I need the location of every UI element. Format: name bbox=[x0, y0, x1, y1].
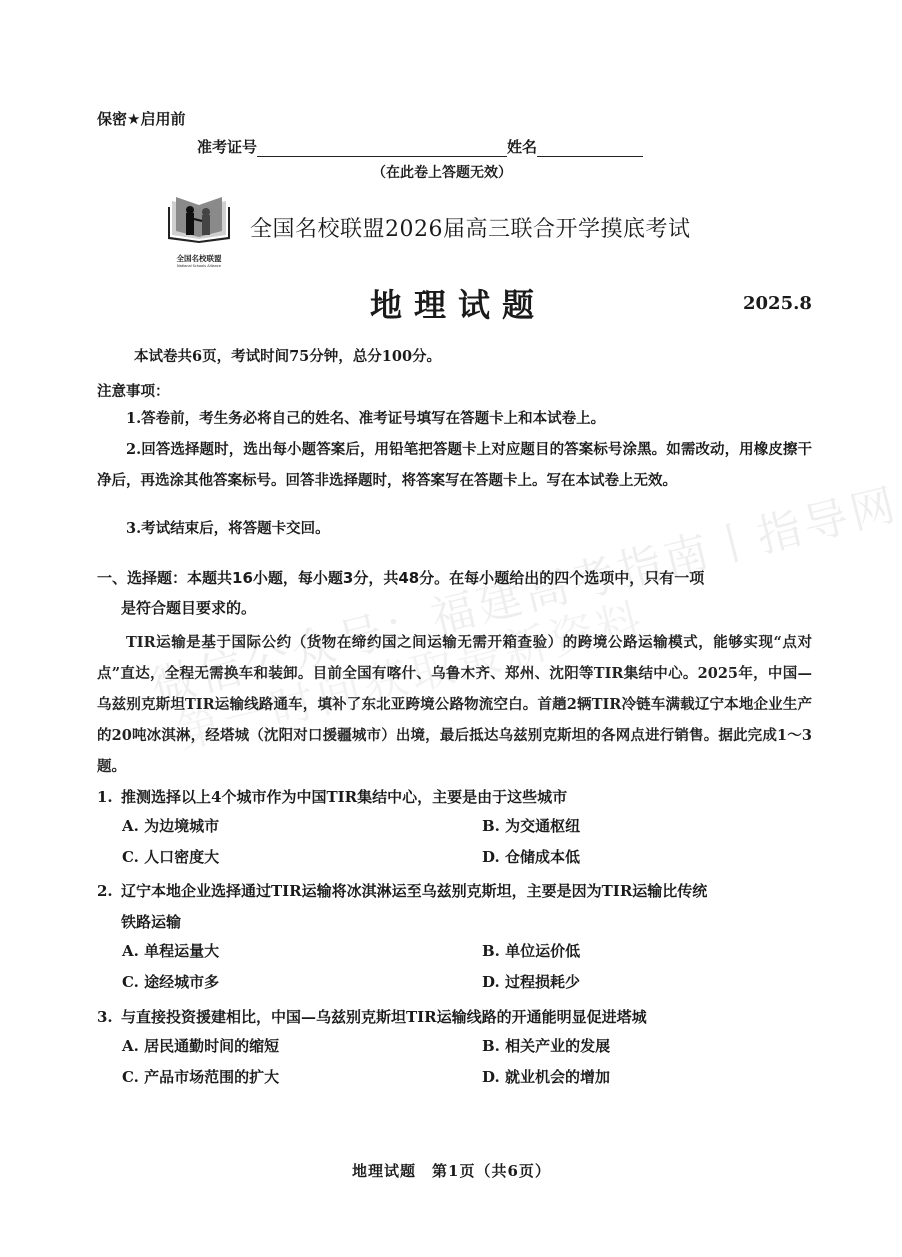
question-3: 3.与直接投资援建相比，中国—乌兹别克斯坦TIR运输线路的开通能明显促进塔城 bbox=[97, 1002, 812, 1033]
option-label: A. bbox=[122, 942, 139, 960]
page-footer: 地理试题 第1页（共6页） bbox=[352, 1160, 551, 1181]
option-text: 产品市场范围的扩大 bbox=[144, 1068, 279, 1086]
q2-option-b[interactable]: B. 单位运价低 bbox=[482, 940, 580, 961]
question-number: 2. bbox=[97, 876, 121, 907]
admission-number-label: 准考证号 bbox=[197, 136, 257, 157]
option-text: 仓储成本低 bbox=[505, 848, 580, 866]
section-1-heading-line1: 一、选择题：本题共16小题，每小题3分，共48分。在每小题给出的四个选项中，只有… bbox=[97, 569, 704, 587]
notice-item-2: 2.回答选择题时，选出每小题答案后，用铅笔把答题卡上对应题目的答案标号涂黑。如需… bbox=[97, 434, 812, 496]
q3-option-b[interactable]: B. 相关产业的发展 bbox=[482, 1035, 610, 1056]
section-1-heading-line2: 是符合题目要求的。 bbox=[97, 593, 812, 623]
option-label: D. bbox=[482, 1068, 500, 1086]
option-text: 就业机会的增加 bbox=[505, 1068, 610, 1086]
option-label: B. bbox=[482, 942, 500, 960]
option-text: 为交通枢纽 bbox=[505, 817, 580, 835]
exam-date: 2025.8 bbox=[743, 293, 812, 314]
q1-option-a[interactable]: A. 为边境城市 bbox=[122, 815, 219, 836]
option-text: 为边境城市 bbox=[144, 817, 219, 835]
option-label: A. bbox=[122, 1037, 139, 1055]
name-label: 姓名 bbox=[507, 136, 537, 157]
option-text: 过程损耗少 bbox=[505, 973, 580, 991]
question-number: 3. bbox=[97, 1002, 121, 1033]
option-text: 居民通勤时间的缩短 bbox=[144, 1037, 279, 1055]
invalid-answer-note: （在此卷上答题无效） bbox=[372, 162, 512, 182]
option-text: 单位运价低 bbox=[505, 942, 580, 960]
option-text: 相关产业的发展 bbox=[505, 1037, 610, 1055]
option-text: 人口密度大 bbox=[144, 848, 219, 866]
question-stem: 辽宁本地企业选择通过TIR运输将冰淇淋运至乌兹别克斯坦，主要是因为TIR运输比传… bbox=[121, 882, 707, 900]
option-label: B. bbox=[482, 817, 500, 835]
option-label: D. bbox=[482, 973, 500, 991]
exam-intro: 本试卷共6页，考试时间75分钟，总分100分。 bbox=[134, 345, 441, 366]
q2-option-a[interactable]: A. 单程运量大 bbox=[122, 940, 219, 961]
q3-option-a[interactable]: A. 居民通勤时间的缩短 bbox=[122, 1035, 279, 1056]
q1-option-b[interactable]: B. 为交通枢纽 bbox=[482, 815, 580, 836]
logo-caption-en: National Schools Alliance bbox=[166, 264, 232, 268]
notice-item-3: 3.考试结束后，将答题卡交回。 bbox=[97, 513, 812, 544]
admission-number-field[interactable] bbox=[257, 140, 507, 157]
subject-title: 地理试题 bbox=[370, 280, 546, 326]
question-stem: 与直接投资援建相比，中国—乌兹别克斯坦TIR运输线路的开通能明显促进塔城 bbox=[121, 1008, 647, 1026]
notice-heading: 注意事项： bbox=[97, 380, 170, 401]
name-field[interactable] bbox=[537, 140, 643, 157]
open-book-people-logo-icon bbox=[166, 193, 232, 261]
confidential-label: 保密★启用前 bbox=[97, 108, 185, 129]
option-label: C. bbox=[122, 973, 139, 991]
option-label: C. bbox=[122, 1068, 139, 1086]
reading-material: TIR运输是基于国际公约（货物在缔约国之间运输无需开箱查验）的跨境公路运输模式，… bbox=[97, 627, 812, 782]
exam-title: 全国名校联盟2026届高三联合开学摸底考试 bbox=[250, 212, 691, 243]
question-stem: 推测选择以上4个城市作为中国TIR集结中心，主要是由于这些城市 bbox=[121, 788, 567, 806]
q3-option-c[interactable]: C. 产品市场范围的扩大 bbox=[122, 1066, 279, 1087]
section-1-heading: 一、选择题：本题共16小题，每小题3分，共48分。在每小题给出的四个选项中，只有… bbox=[97, 563, 812, 623]
question-number: 1. bbox=[97, 782, 121, 813]
question-1: 1.推测选择以上4个城市作为中国TIR集结中心，主要是由于这些城市 bbox=[97, 782, 812, 813]
question-2: 2.辽宁本地企业选择通过TIR运输将冰淇淋运至乌兹别克斯坦，主要是因为TIR运输… bbox=[97, 876, 812, 938]
q1-option-c[interactable]: C. 人口密度大 bbox=[122, 846, 219, 867]
q2-option-d[interactable]: D. 过程损耗少 bbox=[482, 971, 580, 992]
candidate-info-line: 准考证号 姓名 bbox=[197, 136, 643, 157]
option-label: D. bbox=[482, 848, 500, 866]
option-label: A. bbox=[122, 817, 139, 835]
q1-option-d[interactable]: D. 仓储成本低 bbox=[482, 846, 580, 867]
alliance-logo: 全国名校联盟 National Schools Alliance bbox=[166, 193, 232, 261]
option-text: 单程运量大 bbox=[144, 942, 219, 960]
notice-item-1: 1.答卷前，考生务必将自己的姓名、准考证号填写在答题卡上和本试卷上。 bbox=[97, 403, 812, 434]
option-label: B. bbox=[482, 1037, 500, 1055]
question-stem-continued: 铁路运输 bbox=[97, 907, 812, 938]
option-label: C. bbox=[122, 848, 139, 866]
q3-option-d[interactable]: D. 就业机会的增加 bbox=[482, 1066, 610, 1087]
option-text: 途经城市多 bbox=[144, 973, 219, 991]
q2-option-c[interactable]: C. 途经城市多 bbox=[122, 971, 219, 992]
